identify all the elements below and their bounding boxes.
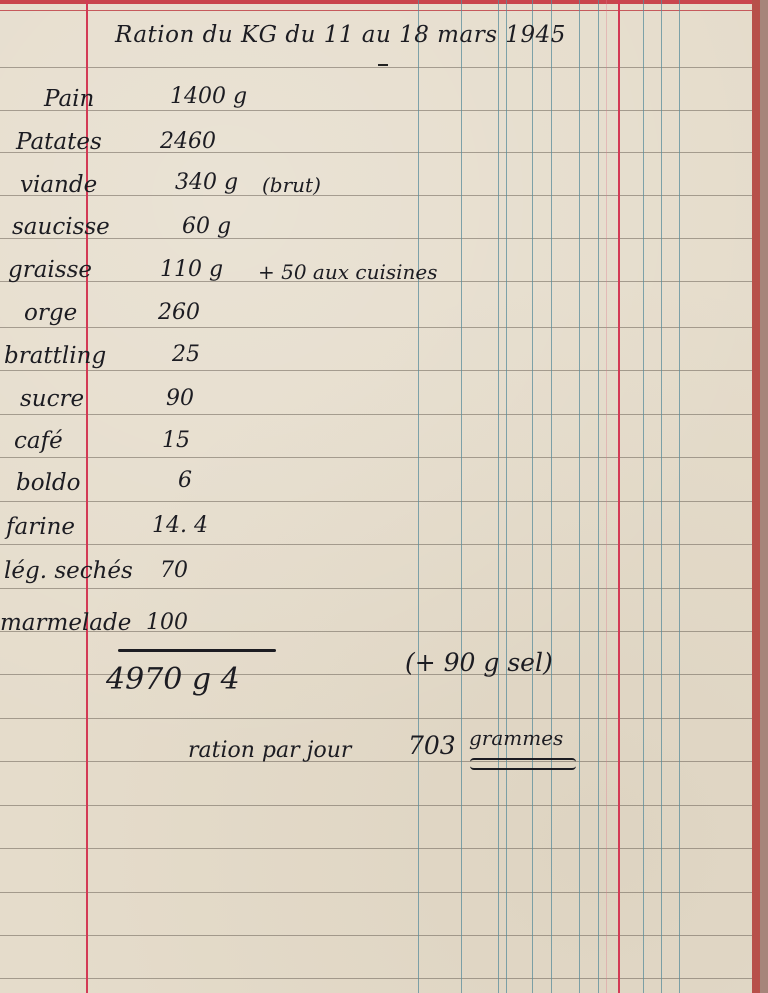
item-label: café <box>14 430 63 453</box>
column-line <box>418 0 419 993</box>
column-line <box>598 0 599 993</box>
item-label: Patates <box>16 131 102 154</box>
item-label: brattling <box>4 345 106 368</box>
sum-line <box>118 649 276 652</box>
ruled-line <box>0 588 752 589</box>
column-line <box>498 0 499 993</box>
item-label: saucisse <box>12 216 110 239</box>
item-quantity: 60 g <box>182 216 231 238</box>
item-label: boldo <box>16 472 81 495</box>
ruled-line <box>0 805 752 806</box>
column-line <box>579 0 580 993</box>
column-line <box>661 0 662 993</box>
ruled-line <box>0 110 752 111</box>
binding-red-edge <box>752 0 760 993</box>
ruled-line <box>0 195 752 196</box>
title-underline-mark <box>378 64 388 66</box>
page-title: Ration du KG du 11 au 18 mars 1945 <box>115 24 566 47</box>
item-quantity: 14. 4 <box>152 515 208 537</box>
column-line-faint <box>606 0 607 993</box>
item-quantity: 90 <box>166 388 194 410</box>
ruled-line <box>0 761 752 762</box>
item-quantity: 110 g <box>160 259 223 281</box>
binding-outer-edge <box>760 0 768 993</box>
ration-per-day-value: 703 <box>408 733 456 758</box>
ration-unit: grammes <box>469 728 563 748</box>
column-line <box>643 0 644 993</box>
item-label: farine <box>6 516 75 539</box>
ruled-line <box>0 414 752 415</box>
ration-per-day-label: ration par jour <box>188 740 351 762</box>
ruled-line <box>0 978 752 979</box>
ruled-line <box>0 67 752 68</box>
ruled-line <box>0 327 752 328</box>
item-label: marmelade <box>0 612 131 635</box>
ruled-line <box>0 935 752 936</box>
item-quantity: 15 <box>162 430 190 452</box>
column-line <box>506 0 507 993</box>
ruled-line <box>0 544 752 545</box>
item-label: orge <box>24 302 77 325</box>
extra-salt-note: (+ 90 g sel) <box>405 650 553 675</box>
item-quantity: 1400 g <box>170 86 247 108</box>
item-quantity: 100 <box>146 612 188 634</box>
ruled-line <box>0 848 752 849</box>
item-note: + 50 aux cuisines <box>258 262 437 282</box>
ruled-line <box>0 152 752 153</box>
column-line <box>461 0 462 993</box>
column-line <box>679 0 680 993</box>
item-label: Pain <box>44 88 94 111</box>
ruled-line <box>0 718 752 719</box>
item-quantity: 2460 <box>160 131 216 153</box>
total-weight: 4970 g 4 <box>106 665 240 695</box>
item-quantity: 6 <box>178 470 192 492</box>
item-note: (brut) <box>262 175 321 195</box>
ledger-page: Ration du KG du 11 au 18 mars 1945 Pain … <box>0 0 752 993</box>
item-label: viande <box>20 174 97 197</box>
column-line <box>551 0 552 993</box>
ration-unit-underline <box>470 758 576 770</box>
item-quantity: 70 <box>160 560 188 582</box>
item-label: graisse <box>8 259 92 282</box>
top-red-rule <box>0 10 752 11</box>
ruled-line <box>0 238 752 239</box>
top-red-band <box>0 0 752 4</box>
item-quantity: 340 g <box>175 172 238 194</box>
ruled-line <box>0 501 752 502</box>
column-line <box>532 0 533 993</box>
item-label: sucre <box>20 388 84 411</box>
right-margin-line <box>618 0 620 993</box>
item-quantity: 260 <box>158 302 200 324</box>
ruled-line <box>0 457 752 458</box>
item-quantity: 25 <box>172 344 200 366</box>
item-label: lég. sechés <box>4 560 133 583</box>
ruled-line <box>0 892 752 893</box>
ruled-line <box>0 370 752 371</box>
